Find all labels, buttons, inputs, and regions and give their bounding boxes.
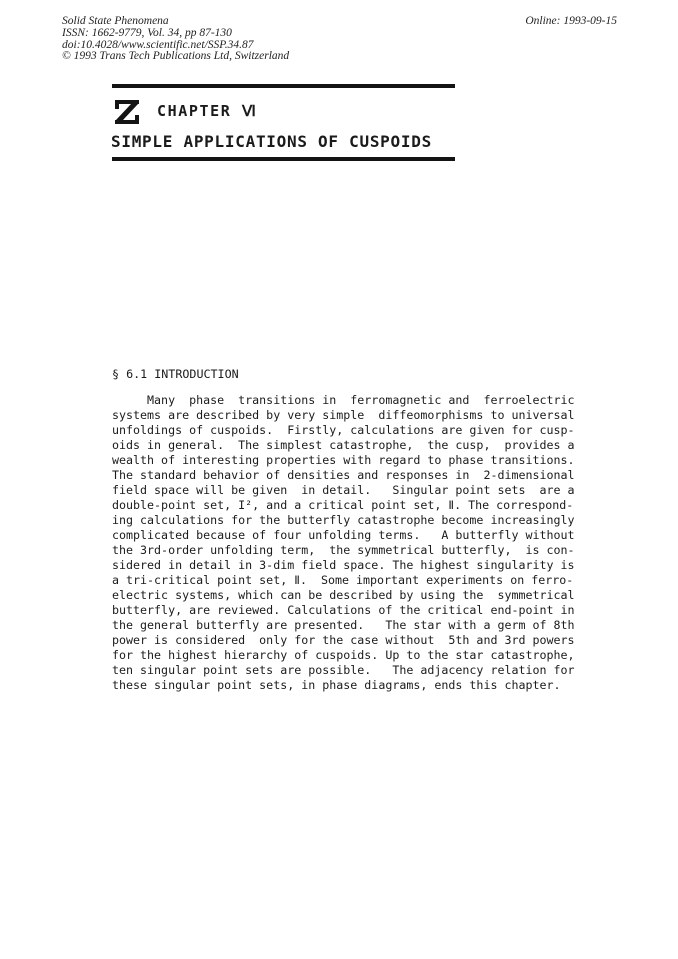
section-paragraph: Many phase transitions in ferromagnetic …: [112, 393, 575, 693]
journal-issn-line: ISSN: 1662-9779, Vol. 34, pp 87-130: [62, 28, 289, 40]
chapter-rule-bottom: [112, 157, 455, 161]
journal-copyright-line: © 1993 Trans Tech Publications Ltd, Swit…: [62, 51, 289, 63]
chapter-label: CHAPTER Ⅵ: [157, 102, 257, 120]
cuspoid-chapter-glyph-icon: [114, 99, 140, 125]
chapter-rule-top: [112, 84, 455, 88]
section-heading: § 6.1 INTRODUCTION: [112, 367, 239, 382]
journal-info-block: Solid State Phenomena ISSN: 1662-9779, V…: [62, 16, 289, 63]
document-page: Solid State Phenomena ISSN: 1662-9779, V…: [0, 0, 678, 959]
online-date: Online: 1993-09-15: [525, 16, 617, 28]
chapter-title: SIMPLE APPLICATIONS OF CUSPOIDS: [111, 132, 432, 151]
